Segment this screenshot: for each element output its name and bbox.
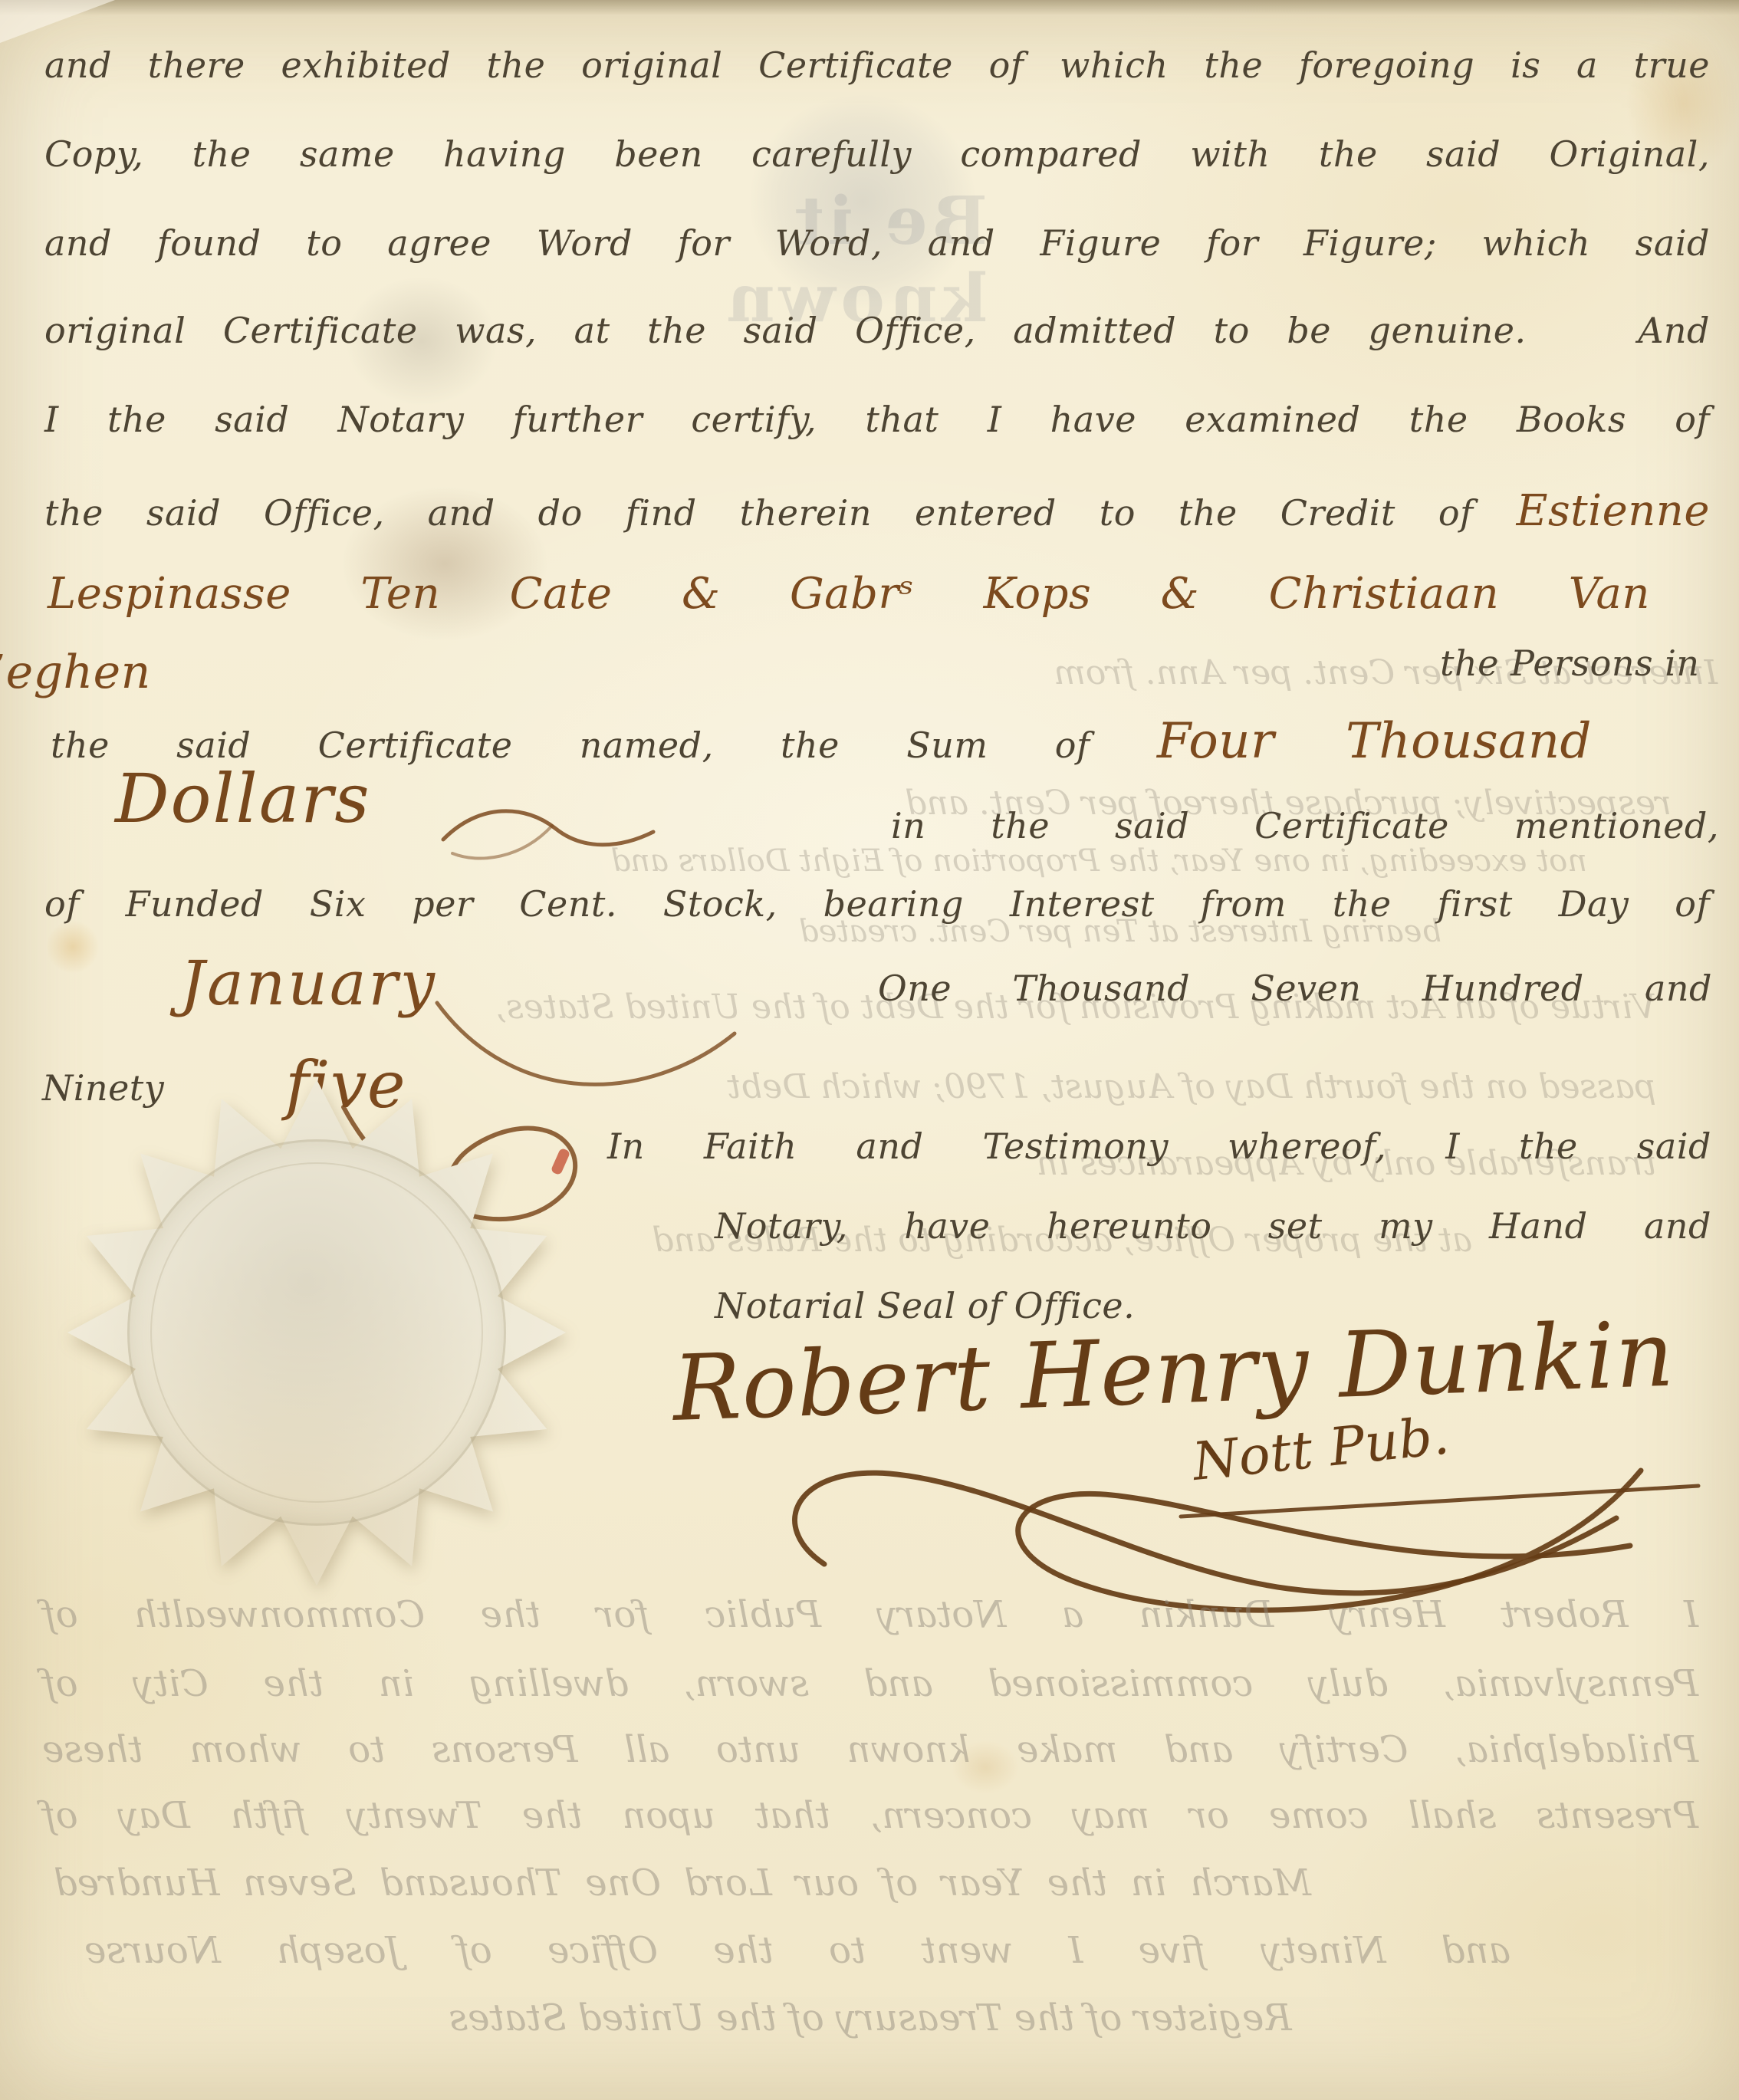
certificate-line-12-text: One Thousand Seven Hundred and [878, 968, 1712, 1009]
bleedthrough-line: and Ninety five I went to the Office of … [84, 1929, 1511, 1972]
certificate-line-15: Notary, have hereunto set my Hand and [715, 1205, 1711, 1247]
stain [46, 920, 100, 974]
bleedthrough-line: Register of the Treasury of the United S… [429, 1996, 1311, 2039]
paper-corner-curl [0, 0, 115, 43]
certificate-line-14: In Faith and Testimony whereof, I the sa… [607, 1126, 1711, 1167]
seal-embossed-inner-ring [150, 1162, 483, 1503]
certificate-line-6: the said Office, and do find therein ent… [44, 486, 1710, 536]
embossed-notarial-seal [67, 1080, 566, 1586]
bleedthrough-line: not exceeding, in one Year, the Proporti… [69, 843, 1587, 879]
certificate-line-16: Notarial Seal of Office. [715, 1285, 1135, 1326]
certificate-line-11: of Funded Six per Cent. Stock, bearing I… [44, 883, 1710, 925]
certificate-line-1: and there exhibited the original Certifi… [44, 44, 1710, 86]
certificate-line-10-text: in the said Certificate mentioned, [891, 805, 1719, 846]
bleedthrough-line: Pennsylvania, duly commissioned and swor… [42, 1662, 1698, 1705]
month-entry: January [180, 948, 437, 1019]
bleedthrough-line: Philadelphia, Certify and make known unt… [42, 1728, 1698, 1771]
scan-edge-shadow [0, 0, 1739, 15]
bleedthrough-line: March in the Year of our Lord One Thousa… [54, 1862, 1311, 1904]
certificate-line-2: Copy, the same having been carefully com… [44, 133, 1710, 175]
persons-in-text: the Persons in [1440, 642, 1700, 684]
creditor-names-entry: Lespinasse Ten Cate & Gabrˢ Kops & Chris… [48, 569, 1650, 619]
certificate-line-6-text: the said Office, and do find therein ent… [44, 492, 1474, 534]
certificate-line-4: original Certificate was, at the said Of… [44, 310, 1710, 351]
creditor-name-entry: Estienne [1517, 486, 1710, 536]
certificate-line-3: and found to agree Word for Word, and Fi… [44, 222, 1710, 264]
certificate-line-5: I the said Notary further certify, that … [44, 399, 1710, 440]
certificate-page: Be it known Interest at Six per Cent. pe… [0, 0, 1739, 2100]
creditor-name-continuation: ’eghen [0, 646, 151, 699]
bleedthrough-line: I Robert Henry Dunkin a Notary Public fo… [42, 1593, 1698, 1636]
bleedthrough-line: Presents shall come or may concern, that… [42, 1794, 1698, 1837]
dollars-entry: Dollars [115, 759, 371, 838]
dollars-flourish [437, 794, 659, 870]
amount-words-entry: Four Thousand [1157, 713, 1592, 770]
